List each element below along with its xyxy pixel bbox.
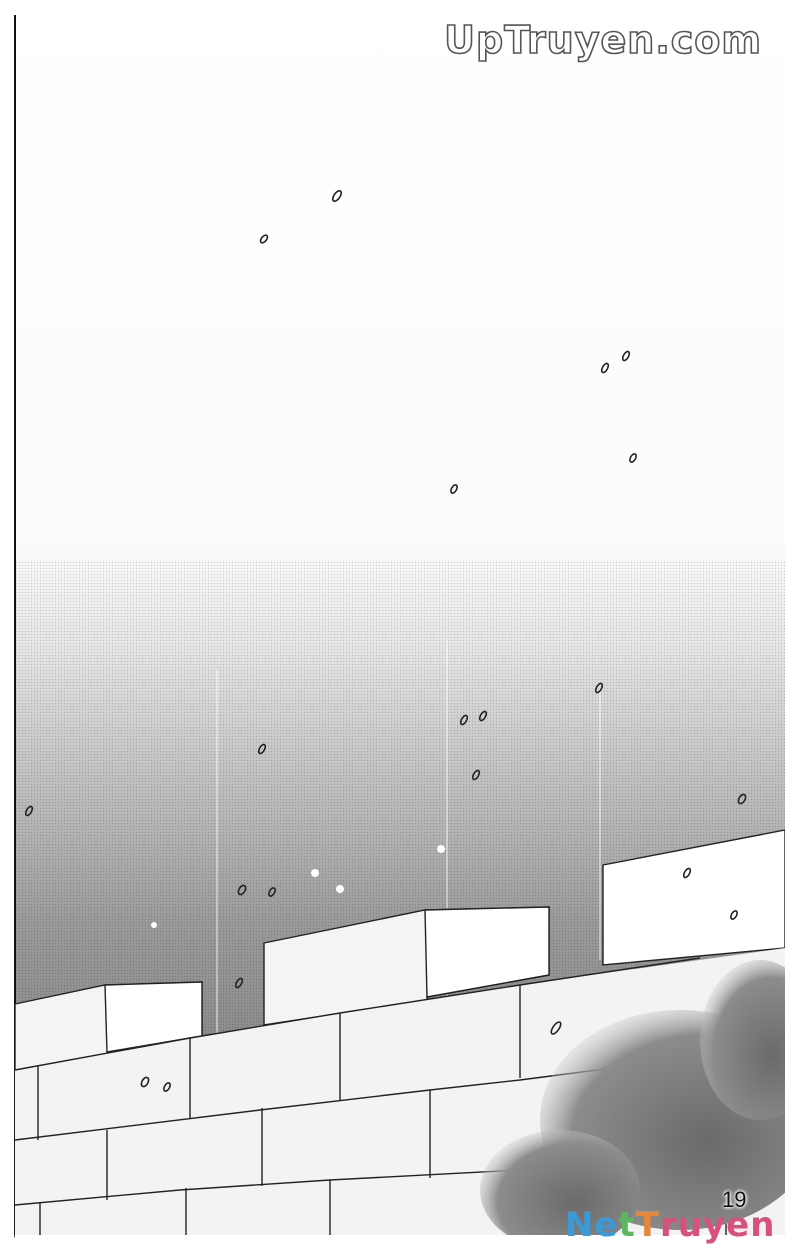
watermark-letter: t [619,1208,636,1242]
watermark-letter: u [678,1208,703,1242]
nettruyen-watermark: NetTruyen [565,1208,775,1242]
watermark-letter: y [703,1208,726,1242]
watermark-letter: T [636,1208,660,1242]
uptruyen-watermark: UpTruyen.com [444,18,762,62]
watermark-letter: e [726,1208,750,1242]
watermark-letter: r [660,1208,678,1242]
watermark-letter: N [565,1208,594,1242]
manga-panel-artwork [0,0,800,1249]
watermark-letter: e [594,1208,618,1242]
watermark-letter: n [750,1208,775,1242]
